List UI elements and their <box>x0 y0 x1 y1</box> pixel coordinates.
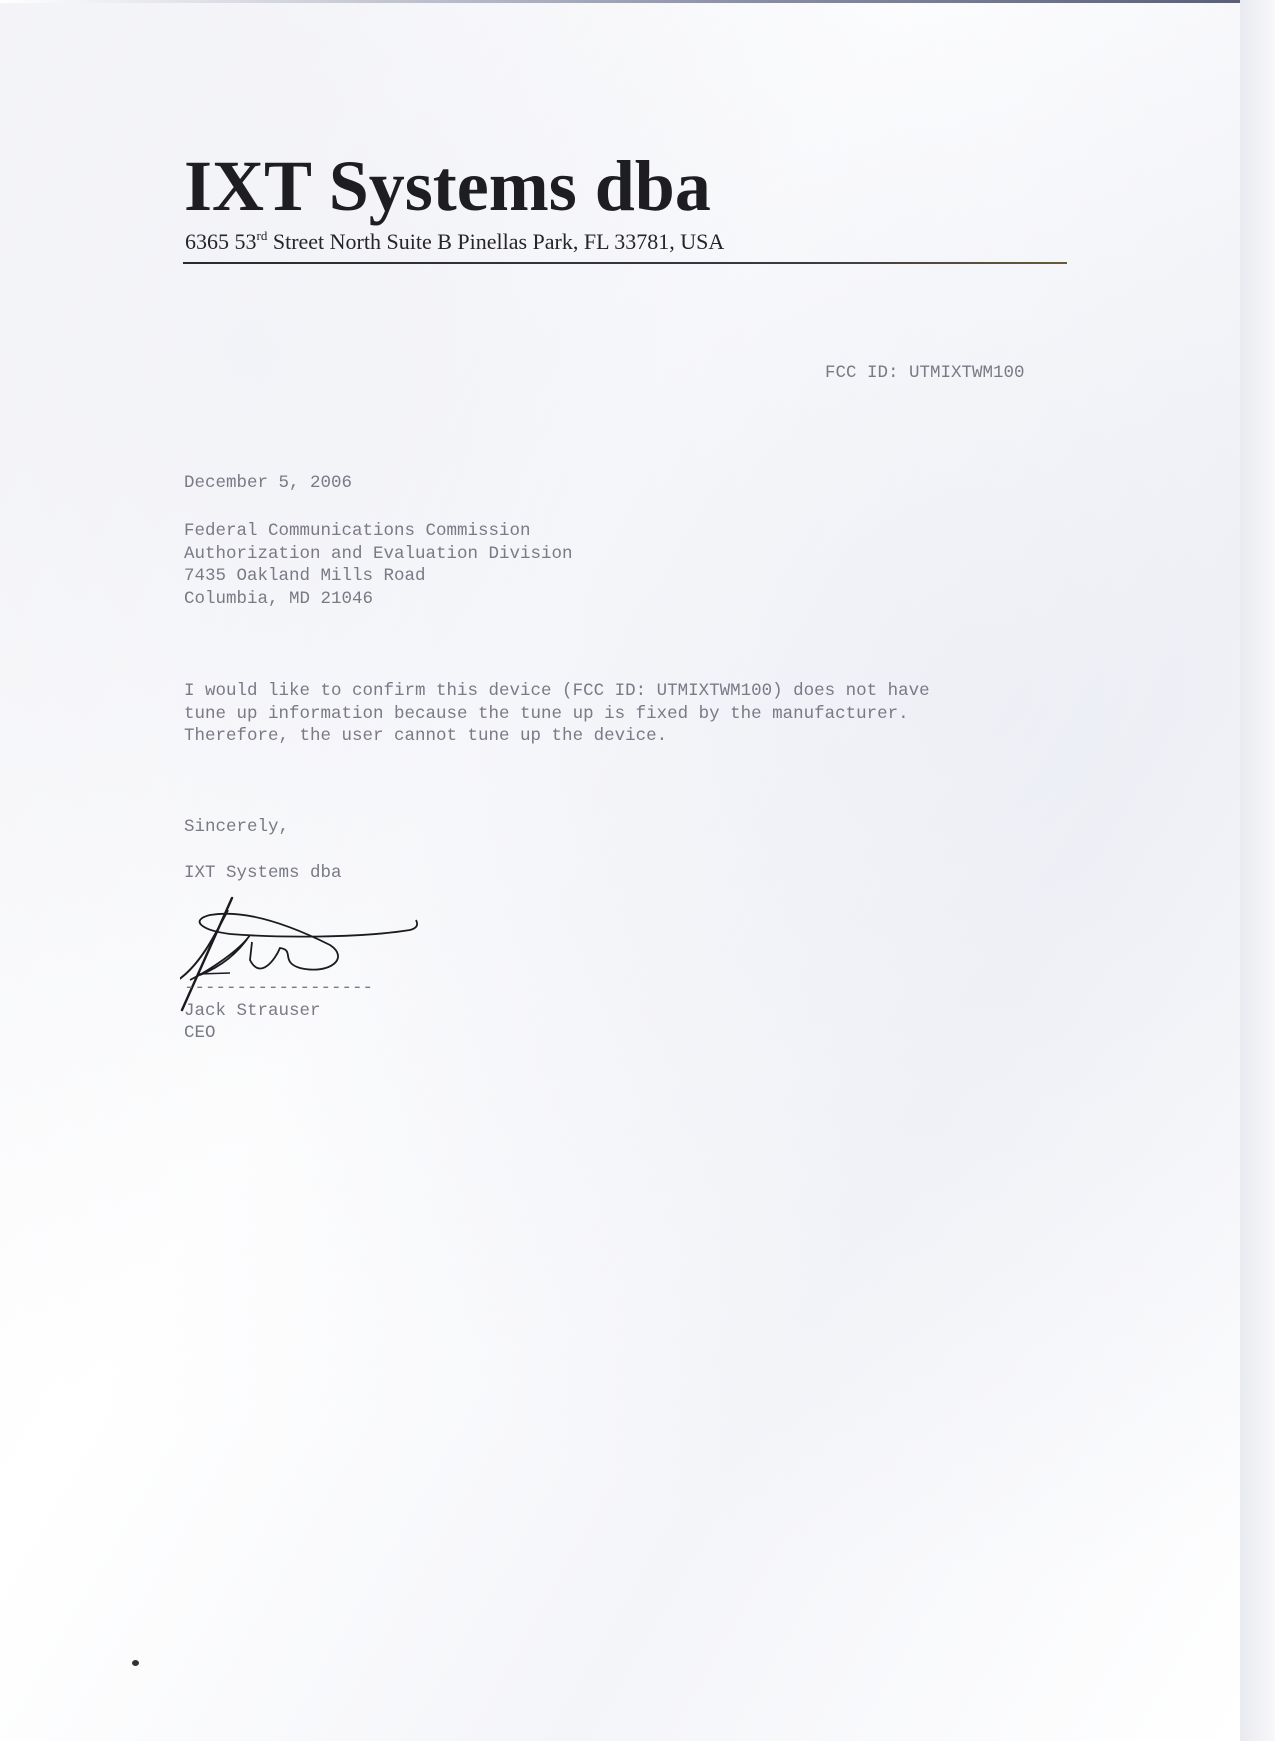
address-prefix: 6365 53 <box>185 229 257 254</box>
recipient-line: Columbia, MD 21046 <box>184 588 573 611</box>
address-ordinal: rd <box>257 228 268 243</box>
scan-speck <box>132 1660 139 1666</box>
letter-body: I would like to confirm this device (FCC… <box>184 680 930 748</box>
body-line: tune up information because the tune up … <box>184 703 930 726</box>
closing-company: IXT Systems dba <box>184 862 342 885</box>
recipient-line: Federal Communications Commission <box>184 520 573 543</box>
letter-date: December 5, 2006 <box>184 472 352 495</box>
address-suffix: Street North Suite B Pinellas Park, FL 3… <box>267 229 724 254</box>
closing-salutation: Sincerely, <box>184 816 289 839</box>
body-line: I would like to confirm this device (FCC… <box>184 680 930 703</box>
letterhead-company-name: IXT Systems dba <box>184 150 711 222</box>
letterhead-rule <box>183 262 1067 264</box>
signature-line: ------------------ <box>184 977 373 1000</box>
fcc-id-reference: FCC ID: UTMIXTWM100 <box>825 362 1025 385</box>
signer-title: CEO <box>184 1022 216 1045</box>
paper-edge <box>1240 0 1275 1741</box>
scan-top-edge <box>0 0 1240 3</box>
body-line: Therefore, the user cannot tune up the d… <box>184 725 930 748</box>
letterhead-address: 6365 53rd Street North Suite B Pinellas … <box>185 228 724 255</box>
signer-name: Jack Strauser <box>184 1000 321 1023</box>
recipient-line: Authorization and Evaluation Division <box>184 543 573 566</box>
recipient-line: 7435 Oakland Mills Road <box>184 565 573 588</box>
recipient-address: Federal Communications CommissionAuthori… <box>184 520 573 610</box>
